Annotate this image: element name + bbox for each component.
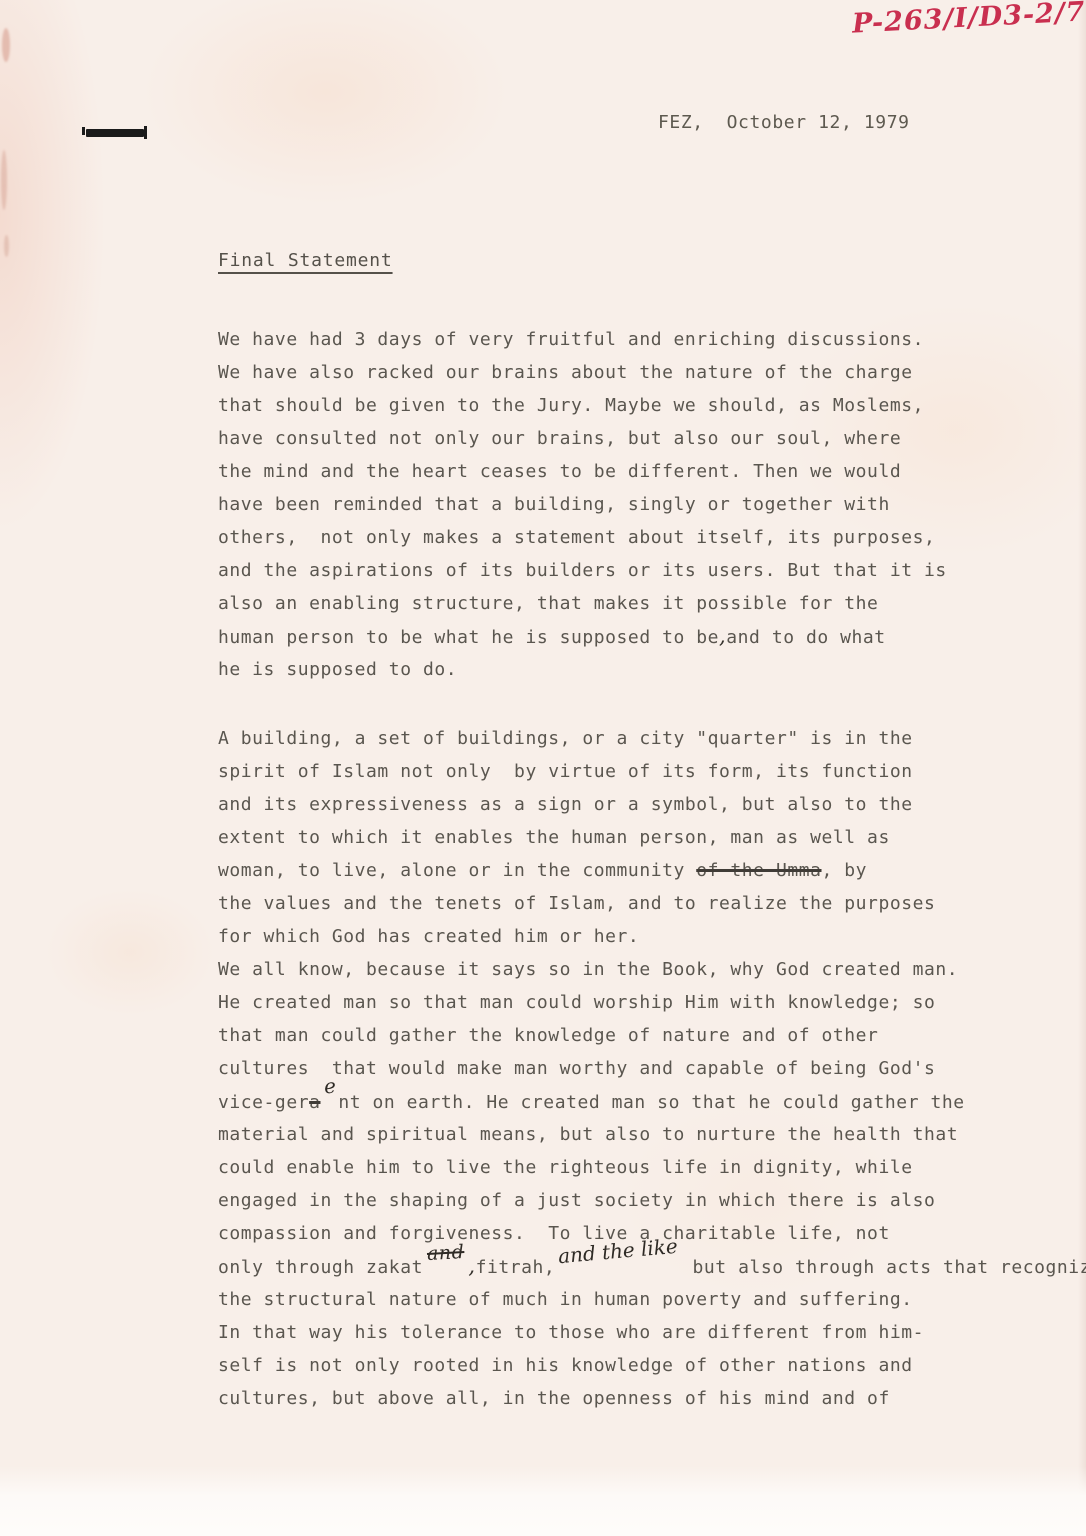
- typed-text: that man could gather the knowledge of n…: [218, 1025, 878, 1046]
- typed-text: have consulted not only our brains, but …: [218, 428, 901, 449]
- typed-text: and the aspirations of its builders or i…: [218, 560, 947, 581]
- text-line: the mind and the heart ceases to be diff…: [218, 455, 1018, 488]
- typed-text: extent to which it enables the human per…: [218, 827, 890, 848]
- typed-text: We have also racked our brains about the…: [218, 362, 913, 383]
- text-line: human person to be what he is supposed t…: [218, 620, 1018, 653]
- document-title: Final Statement: [218, 250, 393, 271]
- typed-text: and its expressiveness as a sign or a sy…: [218, 794, 913, 815]
- text-line: others, not only makes a statement about…: [218, 521, 1018, 554]
- typed-text: vice-ger: [218, 1092, 309, 1113]
- redaction-mark: [86, 129, 144, 137]
- typed-text: human person to be what he is supposed t…: [218, 627, 719, 648]
- text-line: could enable him to live the righteous l…: [218, 1151, 1018, 1184]
- paper-stain: [4, 235, 9, 257]
- paragraph-3: We all know, because it says so in the B…: [218, 953, 1018, 1415]
- paragraph-1: We have had 3 days of very fruitful and …: [218, 323, 1018, 686]
- handwritten-reference-number: P-263/I/D3-2/79: [851, 0, 1086, 40]
- text-line: vice-geraent on earth. He created man so…: [218, 1085, 1018, 1118]
- text-line: extent to which it enables the human per…: [218, 821, 1018, 854]
- text-line: spirit of Islam not only by virtue of it…: [218, 755, 1018, 788]
- document-body: We have had 3 days of very fruitful and …: [218, 323, 1018, 1415]
- text-line: cultures that would make man worthy and …: [218, 1052, 1018, 1085]
- typed-text: the mind and the heart ceases to be diff…: [218, 461, 901, 482]
- typed-text: , by: [822, 860, 868, 881]
- text-line: We have had 3 days of very fruitful and …: [218, 323, 1018, 356]
- text-line: only through zakatand,fitrah,and the lik…: [218, 1250, 1018, 1283]
- handwritten-correction: e: [322, 1070, 337, 1104]
- text-line: We have also racked our brains about the…: [218, 356, 1018, 389]
- typed-text: self is not only rooted in his knowledge…: [218, 1355, 913, 1376]
- struck-through-text: a: [309, 1092, 320, 1113]
- typed-text: We have had 3 days of very fruitful and …: [218, 329, 924, 350]
- typed-text: We all know, because it says so in the B…: [218, 959, 958, 980]
- typed-text: compassion and forgiveness. To live a ch…: [218, 1223, 890, 1244]
- typed-text: He created man so that man could worship…: [218, 992, 935, 1013]
- text-line: have consulted not only our brains, but …: [218, 422, 1018, 455]
- typed-text: A building, a set of buildings, or a cit…: [218, 728, 913, 749]
- dateline: FEZ, October 12, 1979: [658, 112, 910, 133]
- text-line: self is not only rooted in his knowledge…: [218, 1349, 1018, 1382]
- text-line: that should be given to the Jury. Maybe …: [218, 389, 1018, 422]
- typed-text: the structural nature of much in human p…: [218, 1289, 913, 1310]
- handwritten-correction: ,: [468, 1254, 475, 1278]
- typed-text: but also through acts that recognize: [681, 1257, 1086, 1278]
- typed-text: cultures, but above all, in the openness…: [218, 1388, 890, 1409]
- text-line: that man could gather the knowledge of n…: [218, 1019, 1018, 1052]
- typed-text: material and spiritual means, but also t…: [218, 1124, 958, 1145]
- text-line: woman, to live, alone or in the communit…: [218, 854, 1018, 887]
- typed-text: he is supposed to do.: [218, 659, 457, 680]
- text-line: We all know, because it says so in the B…: [218, 953, 1018, 986]
- text-line: and its expressiveness as a sign or a sy…: [218, 788, 1018, 821]
- text-line: He created man so that man could worship…: [218, 986, 1018, 1019]
- text-line: material and spiritual means, but also t…: [218, 1118, 1018, 1151]
- typed-text: only through zakat: [218, 1257, 423, 1278]
- typed-text: engaged in the shaping of a just society…: [218, 1190, 935, 1211]
- paper-stain: [1, 150, 7, 210]
- text-line: the structural nature of much in human p…: [218, 1283, 1018, 1316]
- paper-stain: [2, 28, 10, 62]
- typed-text: the values and the tenets of Islam, and …: [218, 893, 935, 914]
- typed-text: spirit of Islam not only by virtue of it…: [218, 761, 913, 782]
- typed-text: woman, to live, alone or in the communit…: [218, 860, 696, 881]
- typed-text: have been reminded that a building, sing…: [218, 494, 890, 515]
- text-line: the values and the tenets of Islam, and …: [218, 887, 1018, 920]
- typed-text: could enable him to live the righteous l…: [218, 1157, 913, 1178]
- text-line: he is supposed to do.: [218, 653, 1018, 686]
- typed-text: fitrah,: [476, 1257, 556, 1278]
- typed-text: In that way his tolerance to those who a…: [218, 1322, 924, 1343]
- scanned-document-page: P-263/I/D3-2/79 FEZ, October 12, 1979 Fi…: [0, 0, 1086, 1536]
- text-line: and the aspirations of its builders or i…: [218, 554, 1018, 587]
- typed-text: nt on earth. He created man so that he c…: [338, 1092, 964, 1113]
- text-line: cultures, but above all, in the openness…: [218, 1382, 1018, 1415]
- paragraph-2: A building, a set of buildings, or a cit…: [218, 722, 1018, 953]
- typed-text: also an enabling structure, that makes i…: [218, 593, 878, 614]
- text-line: for which God has created him or her.: [218, 920, 1018, 953]
- typed-text: for which God has created him or her.: [218, 926, 639, 947]
- text-line: have been reminded that a building, sing…: [218, 488, 1018, 521]
- text-line: A building, a set of buildings, or a cit…: [218, 722, 1018, 755]
- typed-text: others, not only makes a statement about…: [218, 527, 935, 548]
- text-line: also an enabling structure, that makes i…: [218, 587, 1018, 620]
- struck-through-text: of the Umma: [696, 860, 821, 881]
- typed-text: and to do what: [726, 627, 885, 648]
- text-line: In that way his tolerance to those who a…: [218, 1316, 1018, 1349]
- typed-text: that should be given to the Jury. Maybe …: [218, 395, 924, 416]
- handwritten-correction: and: [426, 1236, 465, 1271]
- text-line: engaged in the shaping of a just society…: [218, 1184, 1018, 1217]
